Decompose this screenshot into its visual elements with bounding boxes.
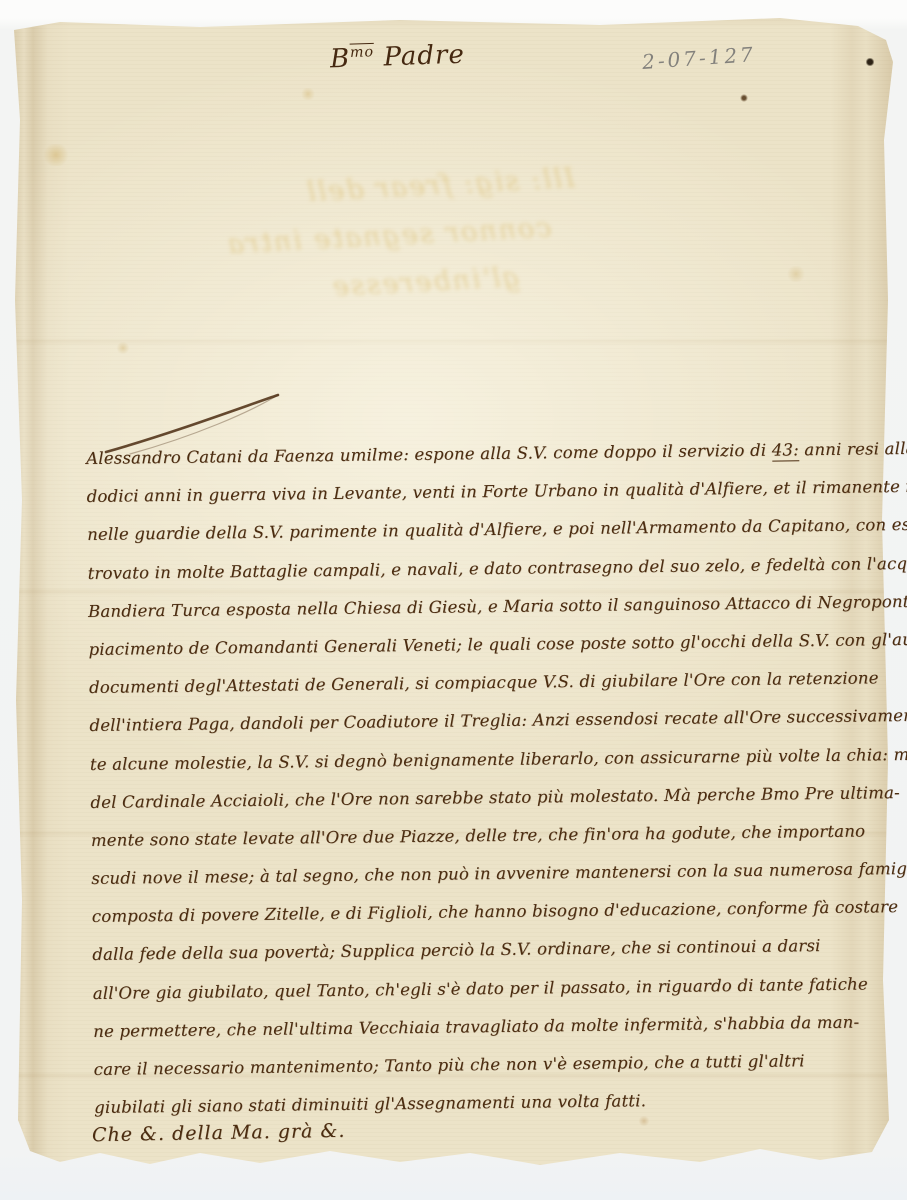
underlined-years-number: 43: (772, 440, 799, 461)
manuscript-scan: Bmo Padre 2-07-127 Ill: sig: frear dell … (0, 0, 907, 1200)
heading-rest: Padre (374, 40, 466, 73)
letter-heading: Bmo Padre (330, 40, 466, 75)
letter-body: Alessandro Catani da Faenza umilme: espo… (86, 430, 894, 1127)
bleedthrough-block: Ill: sig: frear dell connor segnate intr… (144, 155, 582, 337)
heading-abbreviation: B (330, 44, 351, 75)
line1-post: anni resi alla S: Sede (799, 438, 907, 459)
closing-formula: Che &. della Ma. grà &. (92, 1120, 346, 1146)
line1-pre: Alessandro Catani da Faenza umilme: espo… (86, 441, 772, 468)
heading-superscript: mo (350, 44, 375, 61)
